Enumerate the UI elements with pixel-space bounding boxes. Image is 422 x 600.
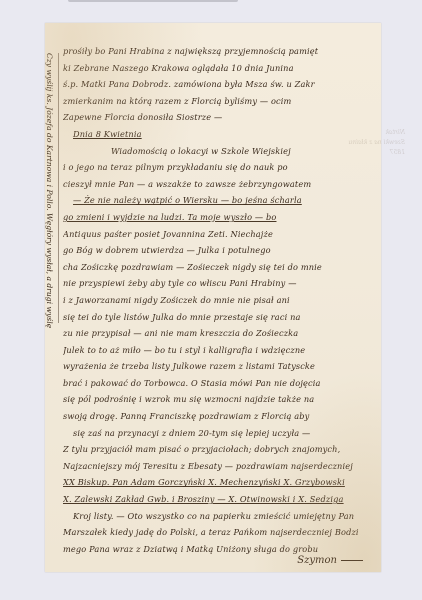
letter-line: Marszałek kiedy jadę do Polski, a teraz … [63, 524, 379, 541]
letter-line: się pól podrośnię i wzrok mu się wzmocni… [63, 391, 379, 408]
letter-line: — Że nie należy wątpić o Wiersku — bo je… [63, 192, 379, 209]
letter-line: ki Zebrane Naszego Krakowa oglądała 10 d… [63, 60, 379, 77]
letter-line: i o jego na teraz pilnym przykładaniu si… [63, 159, 379, 176]
letter-line: Wiadomością o lokacyi w Szkole Wiejskiej [63, 143, 379, 160]
letter-line: cha Zośiczkę pozdrawiam — Zośieczek nigd… [63, 259, 379, 276]
letter-line: cieszył mnie Pan — a wszakże to zawsze ż… [63, 176, 379, 193]
letter-line: Julek to to aż miło — bo tu i styl i kal… [63, 342, 379, 359]
letter-line: Kroj listy. — Oto wszystko co na papierk… [63, 508, 379, 525]
letter-line: go Bóg w dobrem utwierdza — Julka i potu… [63, 242, 379, 259]
letter-line-text: XX Biskup. Pan Adam Gorczyński X. Mechen… [63, 477, 345, 487]
margin-rule [58, 53, 59, 323]
letter-line: Najzacniejszy mój Teresitu z Ebesaty — p… [63, 458, 379, 475]
letter-line: XX Biskup. Pan Adam Gorczyński X. Mechen… [63, 474, 379, 491]
letter-line: się zaś na przynacyi z dniem 20-tym się … [63, 425, 379, 442]
letter-line: ś.p. Matki Pana Dobrodz. zamówiona była … [63, 76, 379, 93]
letter-line: swoją drogę. Panną Franciszkę pozdrawiam… [63, 408, 379, 425]
letter-line: i z Jaworzanami nigdy Zośiczek do mnie n… [63, 292, 379, 309]
letter-page: Nirtak Szewki na z kłainu 1857 Czy wyśli… [45, 23, 381, 572]
letter-line: Z tylu przyjaciół mam pisać o przyjacioł… [63, 441, 379, 458]
letter-line: go zmieni i wyjdzie na ludzi. Ta moje wy… [63, 209, 379, 226]
letter-line: prośiły bo Pani Hrabina z największą prz… [63, 43, 379, 60]
letter-line: Zapewne Florcia donosiła Siostrze — [63, 109, 379, 126]
letter-line: wyrażenia że trzeba listy Julkowe razem … [63, 358, 379, 375]
letter-line: X. Zalewski Zakład Gwb. i Brosziny — X. … [63, 491, 379, 508]
letter-body: prośiły bo Pani Hrabina z największą prz… [63, 43, 379, 557]
letter-line: zmierkanim na którą razem z Florcią byli… [63, 93, 379, 110]
letter-line: nie przyspiewi żeby aby tyle co włiscu P… [63, 275, 379, 292]
top-shadow [68, 0, 238, 2]
letter-line-text: go zmieni i wyjdzie na ludzi. Ta moje wy… [63, 212, 276, 222]
margin-note: Czy wyślij ks. Józefa do Kartnowa i Poll… [43, 53, 55, 523]
letter-line-text: X. Zalewski Zakład Gwb. i Brosziny — X. … [63, 494, 344, 504]
letter-line: się tei do tyle listów Julka do mnie prz… [63, 309, 379, 326]
letter-line-text: — Że nie należy wątpić o Wiersku — bo je… [73, 195, 302, 205]
letter-line: Antiquus paśter posiet Jovannina Zeti. N… [63, 226, 379, 243]
letter-line: brać i pakować do Torbowca. O Stasia mów… [63, 375, 379, 392]
letter-line: zu nie przypisał — ani nie mam kreszczia… [63, 325, 379, 342]
date-heading-text: Dnia 8 Kwietnia [73, 129, 142, 139]
signature: Szymon [297, 555, 363, 566]
date-heading: Dnia 8 Kwietnia [63, 126, 379, 143]
